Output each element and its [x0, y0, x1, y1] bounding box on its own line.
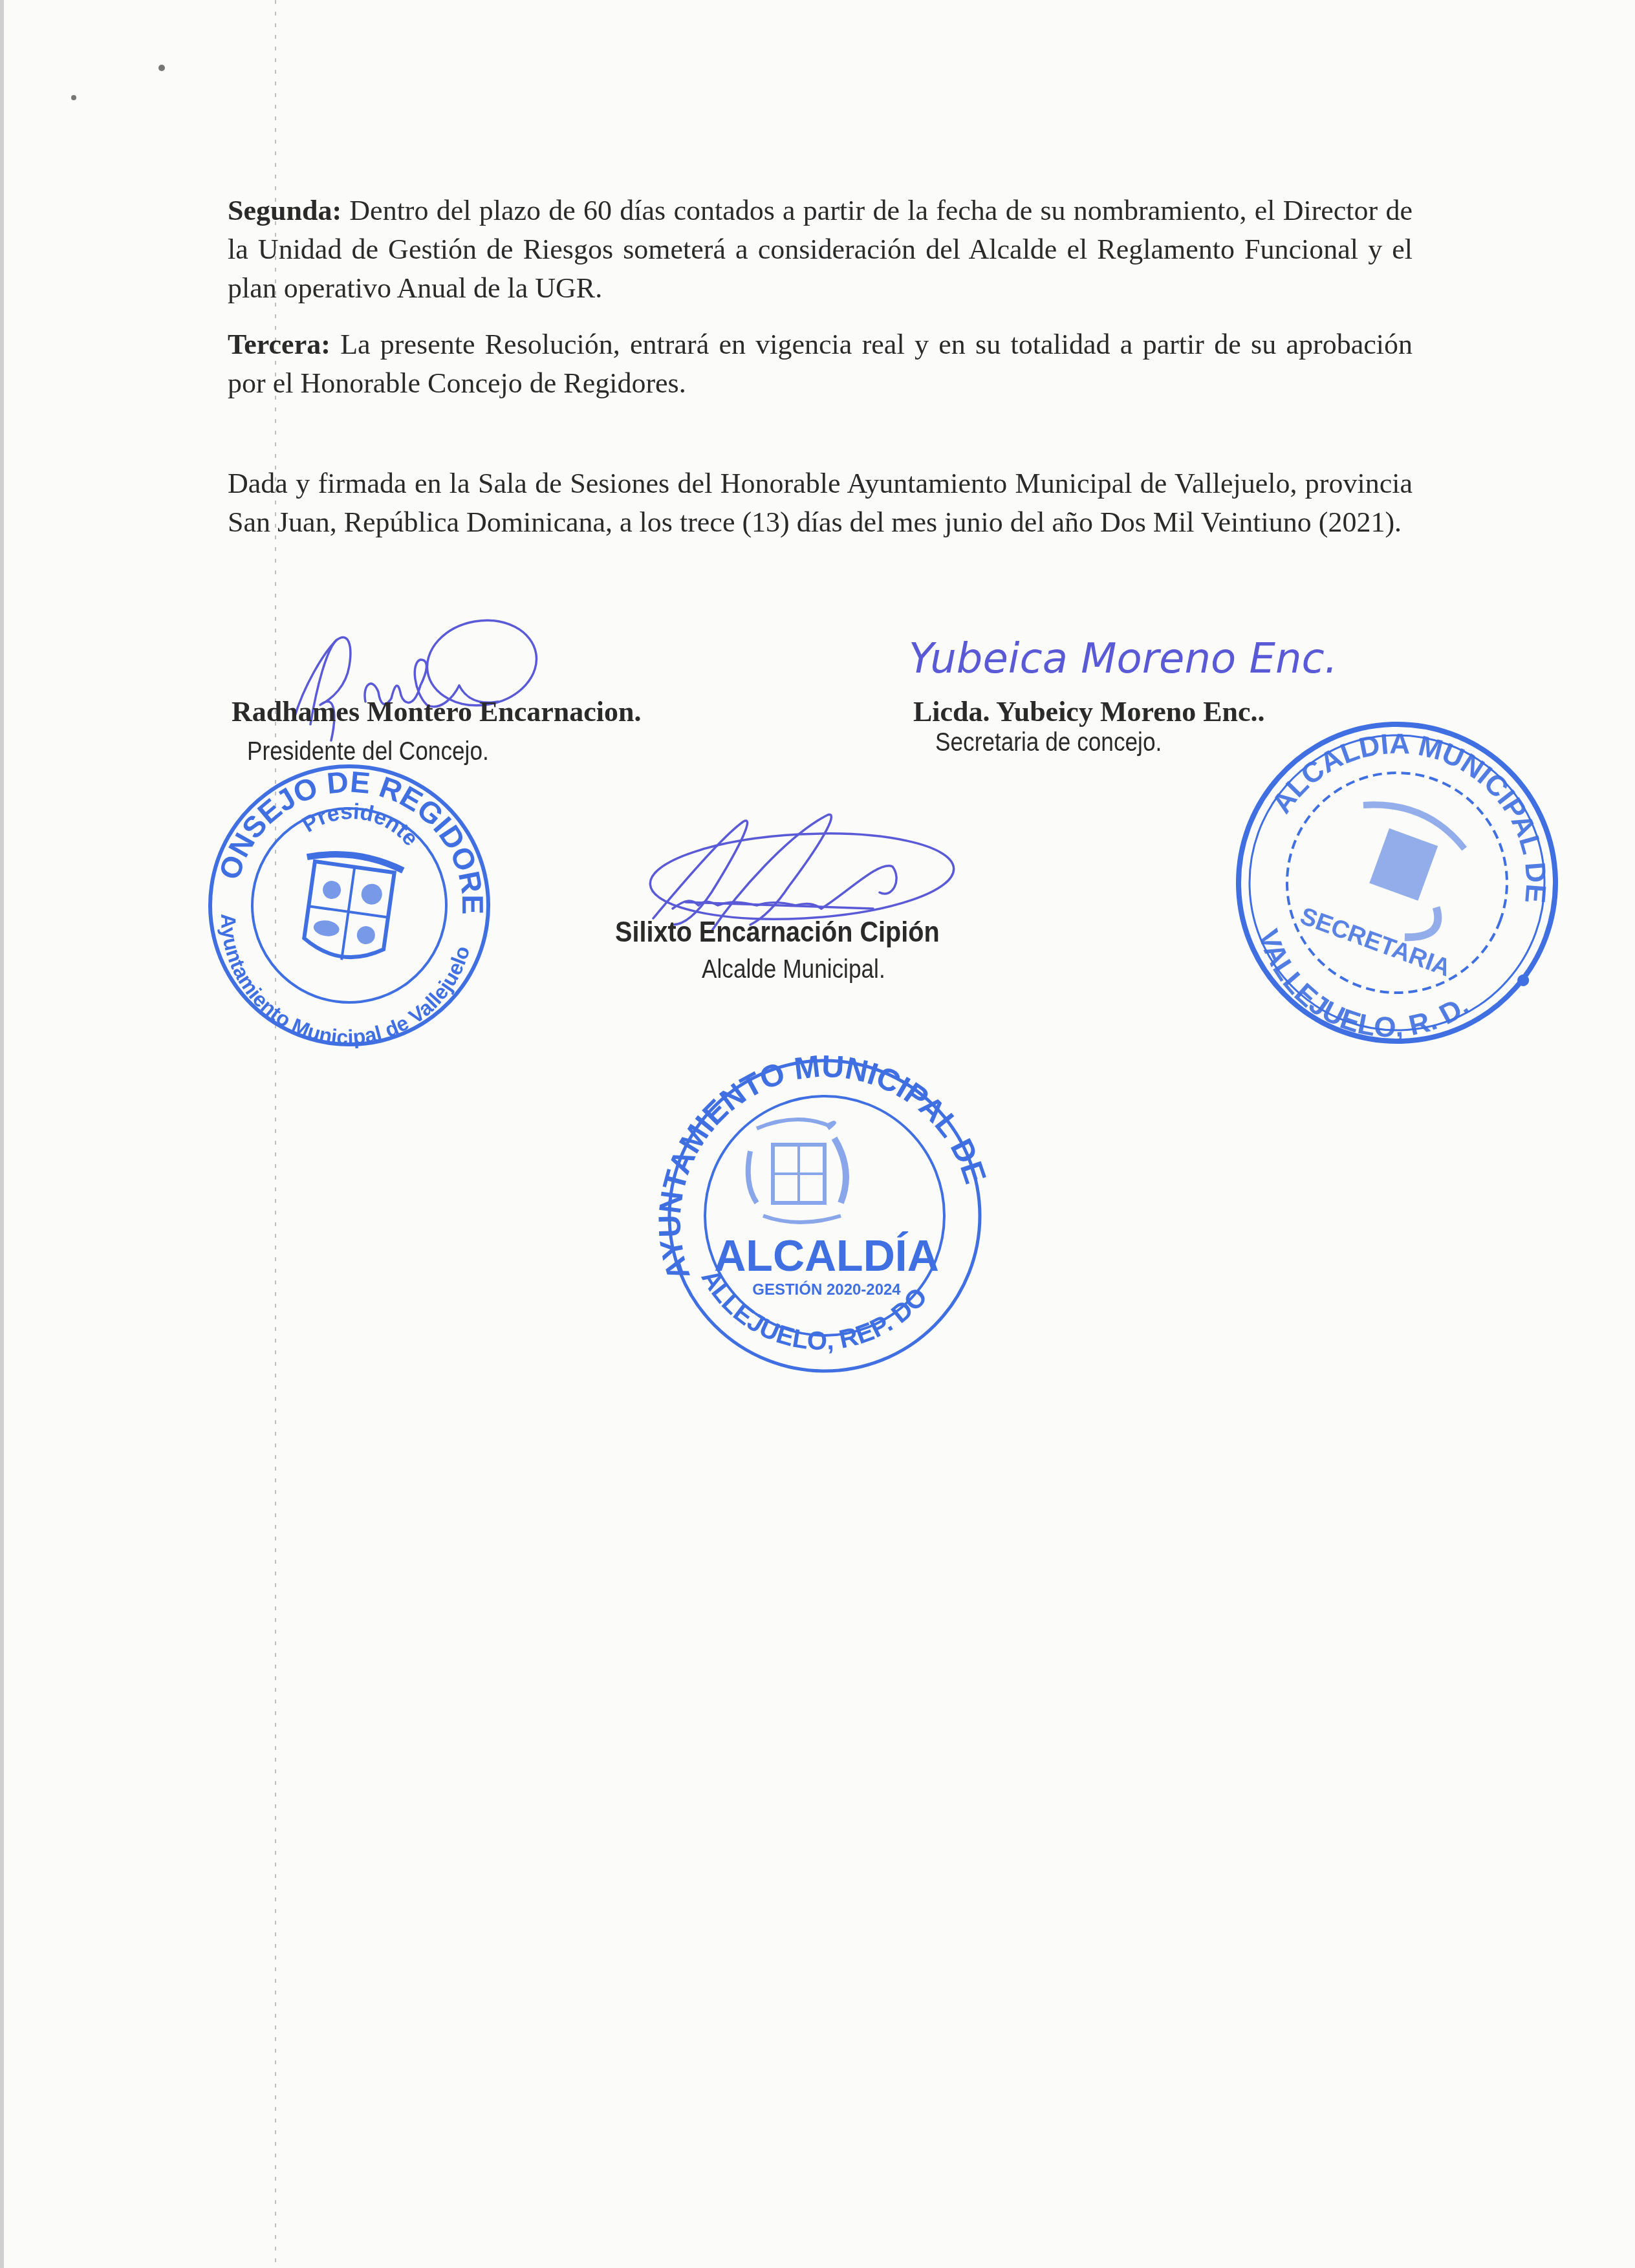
clause-tercera: Tercera: La presente Resolución, entrará…	[228, 325, 1413, 403]
svg-text:ALCALDIA MUNICIPAL DE: ALCALDIA MUNICIPAL DE	[1262, 686, 1592, 913]
svg-text:VALLEJUELO, R. D.: VALLEJUELO, R. D.	[1230, 917, 1480, 1075]
stamp-secretaria: ALCALDIA MUNICIPAL DE VALLEJUELO, R. D. …	[1193, 680, 1600, 1089]
clause-text: La presente Resolución, entrará en vigen…	[228, 329, 1413, 399]
signatory-name-secretary: Licda. Yubeicy Moreno Enc..	[913, 695, 1265, 728]
signatory-name-president: Radhames Montero Encarnacion.	[232, 695, 642, 728]
signatory-role-secretary: Secretaria de concejo.	[935, 728, 1162, 757]
signature-mayor	[648, 815, 956, 931]
paper-speck	[71, 95, 76, 100]
signature-secretary: Yubeica Moreno Enc.	[909, 635, 1337, 683]
closing-text: Dada y firmada en la Sala de Sesiones de…	[228, 468, 1413, 538]
svg-text:SECRETARIA: SECRETARIA	[1297, 903, 1455, 982]
svg-text:CONSEJO DE REGIDORES: CONSEJO DE REGIDORES	[0, 0, 618, 920]
svg-text:GESTIÓN 2020-2024: GESTIÓN 2020-2024	[752, 1280, 901, 1299]
clause-segunda: Segunda: Dentro del plazo de 60 días con…	[228, 191, 1413, 308]
signatory-name-mayor: Silixto Encarnación Cipión	[615, 916, 940, 949]
svg-text:Yubeica Moreno Enc.: Yubeica Moreno Enc.	[909, 635, 1337, 683]
signatory-role-mayor: Alcalde Municipal.	[702, 955, 885, 984]
paper-speck	[158, 65, 165, 71]
svg-text:Presidente: Presidente	[296, 791, 427, 852]
svg-text:AYUNTAMIENTO MUNICIPAL DE: AYUNTAMIENTO MUNICIPAL DE	[653, 1050, 992, 1284]
signatory-role-president: Presidente del Concejo.	[247, 737, 489, 766]
closing-paragraph: Dada y firmada en la Sala de Sesiones de…	[228, 464, 1413, 542]
clause-label: Tercera:	[228, 329, 330, 360]
svg-text:ALCALDÍA: ALCALDÍA	[714, 1231, 939, 1280]
clause-text: Dentro del plazo de 60 días contados a p…	[228, 195, 1413, 304]
svg-text:Ayuntamiento Municipal de Vall: Ayuntamiento Municipal de Vallejuelo	[200, 910, 475, 1066]
clause-label: Segunda:	[228, 195, 341, 226]
page-edge-shadow	[0, 0, 4, 2268]
